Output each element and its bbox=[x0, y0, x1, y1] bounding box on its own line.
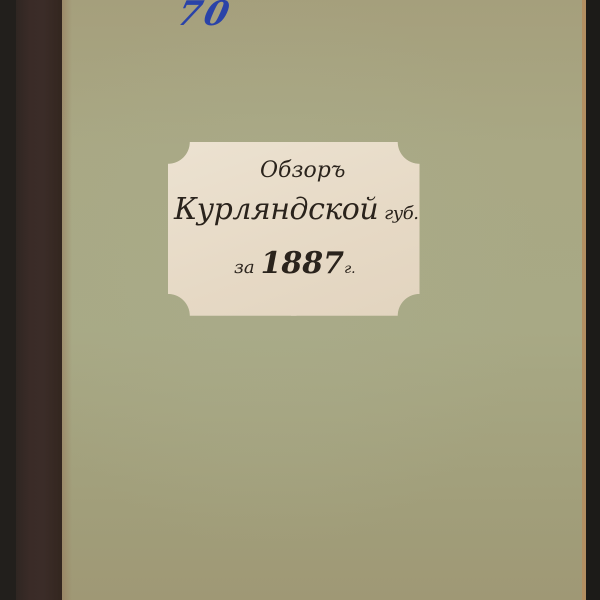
title-label: Обзоръ Курляндскойгуб. за1887г. bbox=[168, 142, 420, 316]
year-prefix: за bbox=[234, 257, 255, 278]
binding-spine bbox=[16, 0, 62, 600]
year-value: 1887 bbox=[261, 246, 345, 281]
region-name: Курляндской bbox=[174, 192, 378, 227]
handwritten-shelf-number: 70 bbox=[173, 0, 253, 34]
region-abbrev: губ. bbox=[384, 203, 418, 224]
scan-background-right bbox=[586, 0, 600, 600]
scanned-document: 70 Обзоръ Курляндскойгуб. за1887г. bbox=[0, 0, 600, 600]
year-suffix: г. bbox=[344, 261, 356, 277]
scan-background-left bbox=[0, 0, 16, 600]
label-title-line: Обзоръ bbox=[260, 158, 345, 183]
label-region-line: Курляндскойгуб. bbox=[174, 192, 418, 227]
label-year-line: за1887г. bbox=[234, 246, 356, 281]
